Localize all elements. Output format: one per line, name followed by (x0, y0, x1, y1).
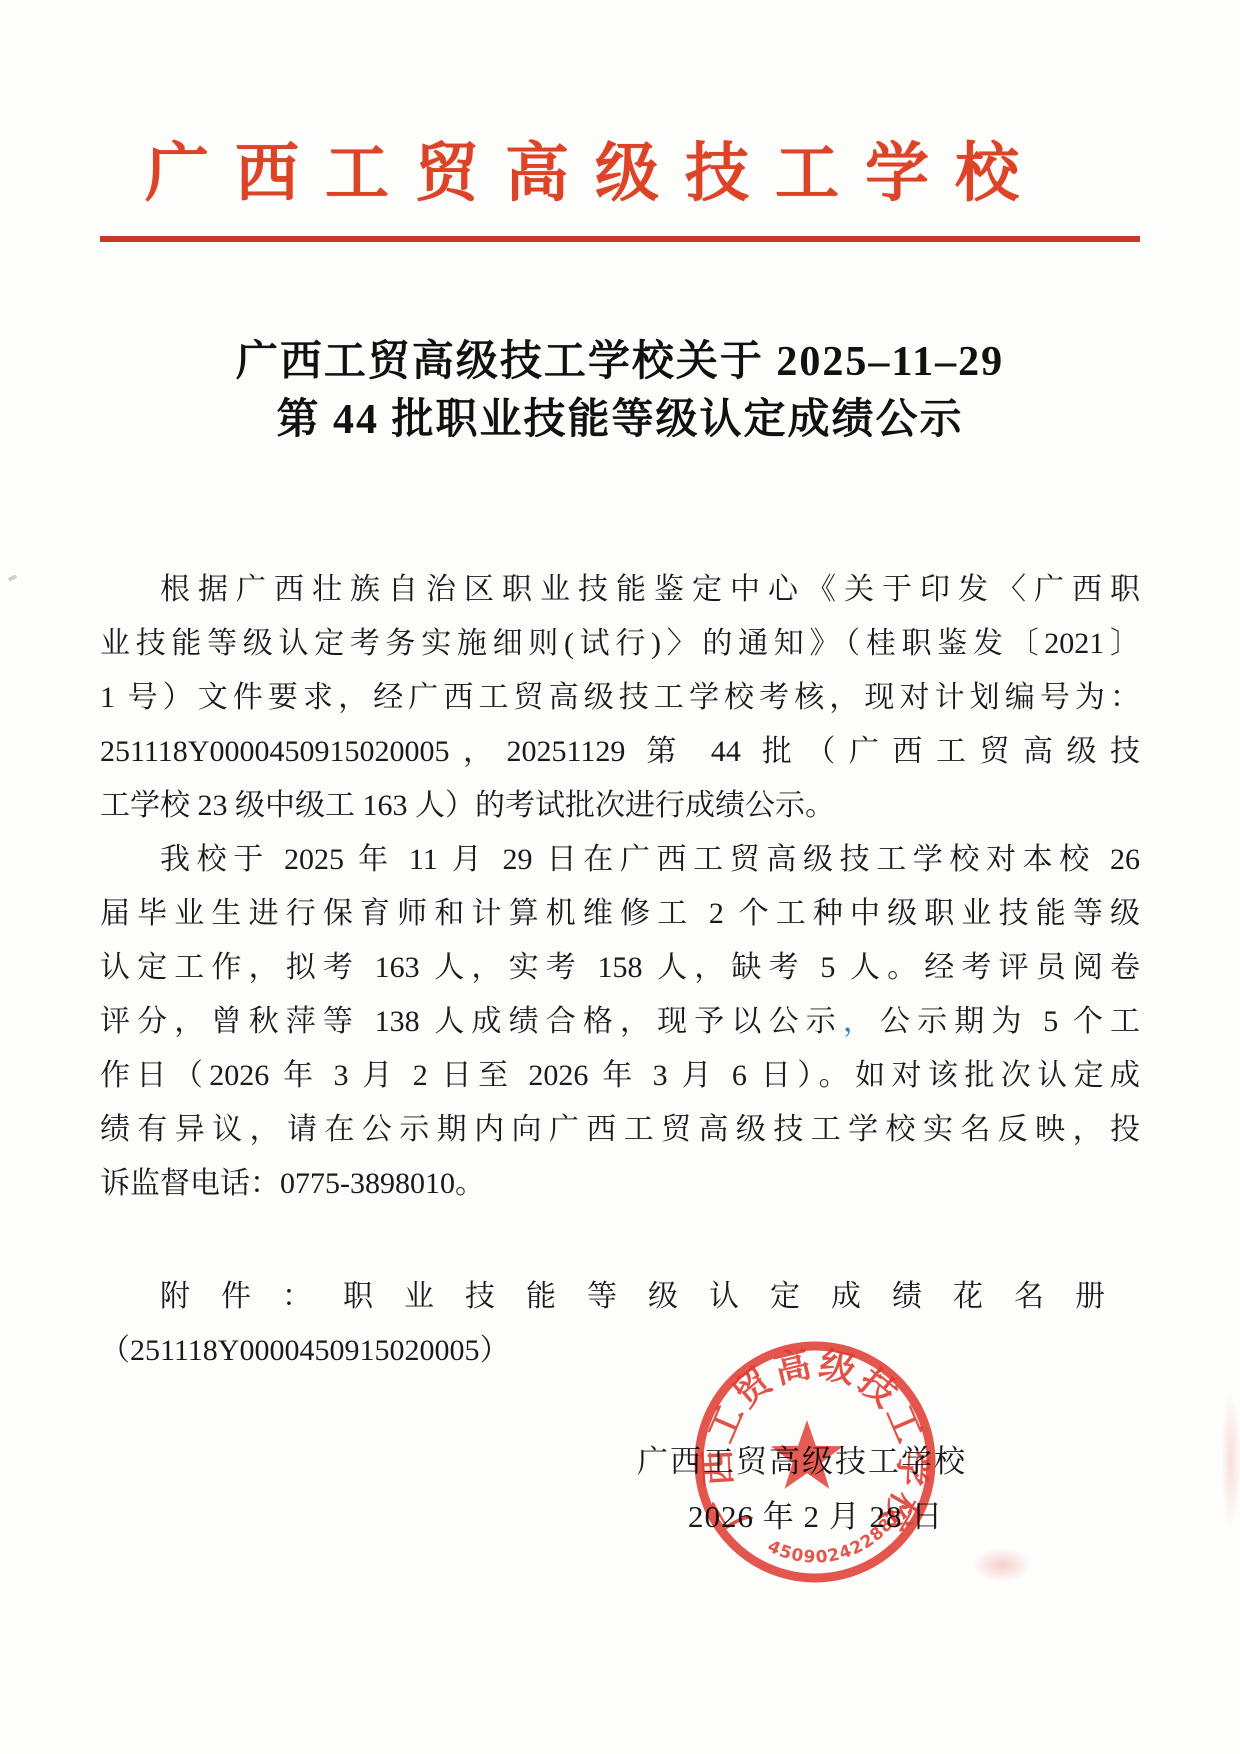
body-line: 诉监督电话：0775-3898010。 (100, 1157, 1140, 1211)
body-text-segment: 公示期为 5 个工 (880, 1005, 1140, 1038)
signature-school-name: 广西工贸高级技工学校 (637, 1440, 967, 1484)
attachment-plan-number: （251118Y0000450915020005） (100, 1324, 1140, 1378)
body-line: 工学校 23 级中级工 163 人）的考试批次进行成绩公示。 (100, 779, 1140, 833)
letterhead-divider-line (100, 236, 1140, 242)
body-line: 251118Y0000450915020005，20251129 第 44 批（… (100, 725, 1140, 779)
document-page: 广西工贸高级技工学校 广西工贸高级技工学校关于 2025–11–29 第 44 … (0, 0, 1240, 1754)
body-line: 1 号）文件要求，经广西工贸高级技工学校考核，现对计划编号为： (100, 671, 1140, 725)
title-line-2: 第 44 批职业技能等级认定成绩公示 (100, 391, 1140, 449)
attachment-title-line: 附件：职业技能等级认定成绩花名册 (100, 1270, 1140, 1324)
ink-smudge (1222, 1395, 1240, 1525)
attachment-section: 附件：职业技能等级认定成绩花名册 （251118Y000045091502000… (100, 1270, 1140, 1378)
document-title: 广西工贸高级技工学校关于 2025–11–29 第 44 批职业技能等级认定成绩… (100, 333, 1140, 449)
scan-artifact (8, 574, 18, 581)
body-line: 绩有异议，请在公示期内向广西工贸高级技工学校实名反映，投 (100, 1103, 1140, 1157)
body-line: 根据广西壮族自治区职业技能鉴定中心《关于印发〈广西职 (100, 563, 1140, 617)
body-line-with-blue-comma: 评分，曾秋萍等 138 人成绩合格，现予以公示，公示期为 5 个工 (100, 995, 1140, 1049)
body-text-segment: 评分，曾秋萍等 138 人成绩合格，现予以公示 (100, 1005, 843, 1038)
body-line: 我校于 2025 年 11 月 29 日在广西工贸高级技工学校对本校 26 (100, 833, 1140, 887)
body-line: 届毕业生进行保育师和计算机维修工 2 个工种中级职业技能等级 (100, 887, 1140, 941)
letterhead-school-name: 广西工贸高级技工学校 (145, 130, 1045, 218)
document-body: 根据广西壮族自治区职业技能鉴定中心《关于印发〈广西职 业技能等级认定考务实施细则… (100, 563, 1140, 1211)
body-line: 作日（2026 年 3 月 2 日至 2026 年 3 月 6 日）。如对该批次… (100, 1049, 1140, 1103)
signature-date: 2026 年 2 月 28 日 (688, 1495, 943, 1539)
body-line: 业技能等级认定考务实施细则(试行)〉的通知》（桂职鉴发〔2021〕 (100, 617, 1140, 671)
blue-comma: ， (843, 1005, 880, 1038)
ink-smudge (972, 1548, 1032, 1582)
title-line-1: 广西工贸高级技工学校关于 2025–11–29 (100, 333, 1140, 391)
body-line: 认定工作，拟考 163 人，实考 158 人，缺考 5 人。经考评员阅卷 (100, 941, 1140, 995)
